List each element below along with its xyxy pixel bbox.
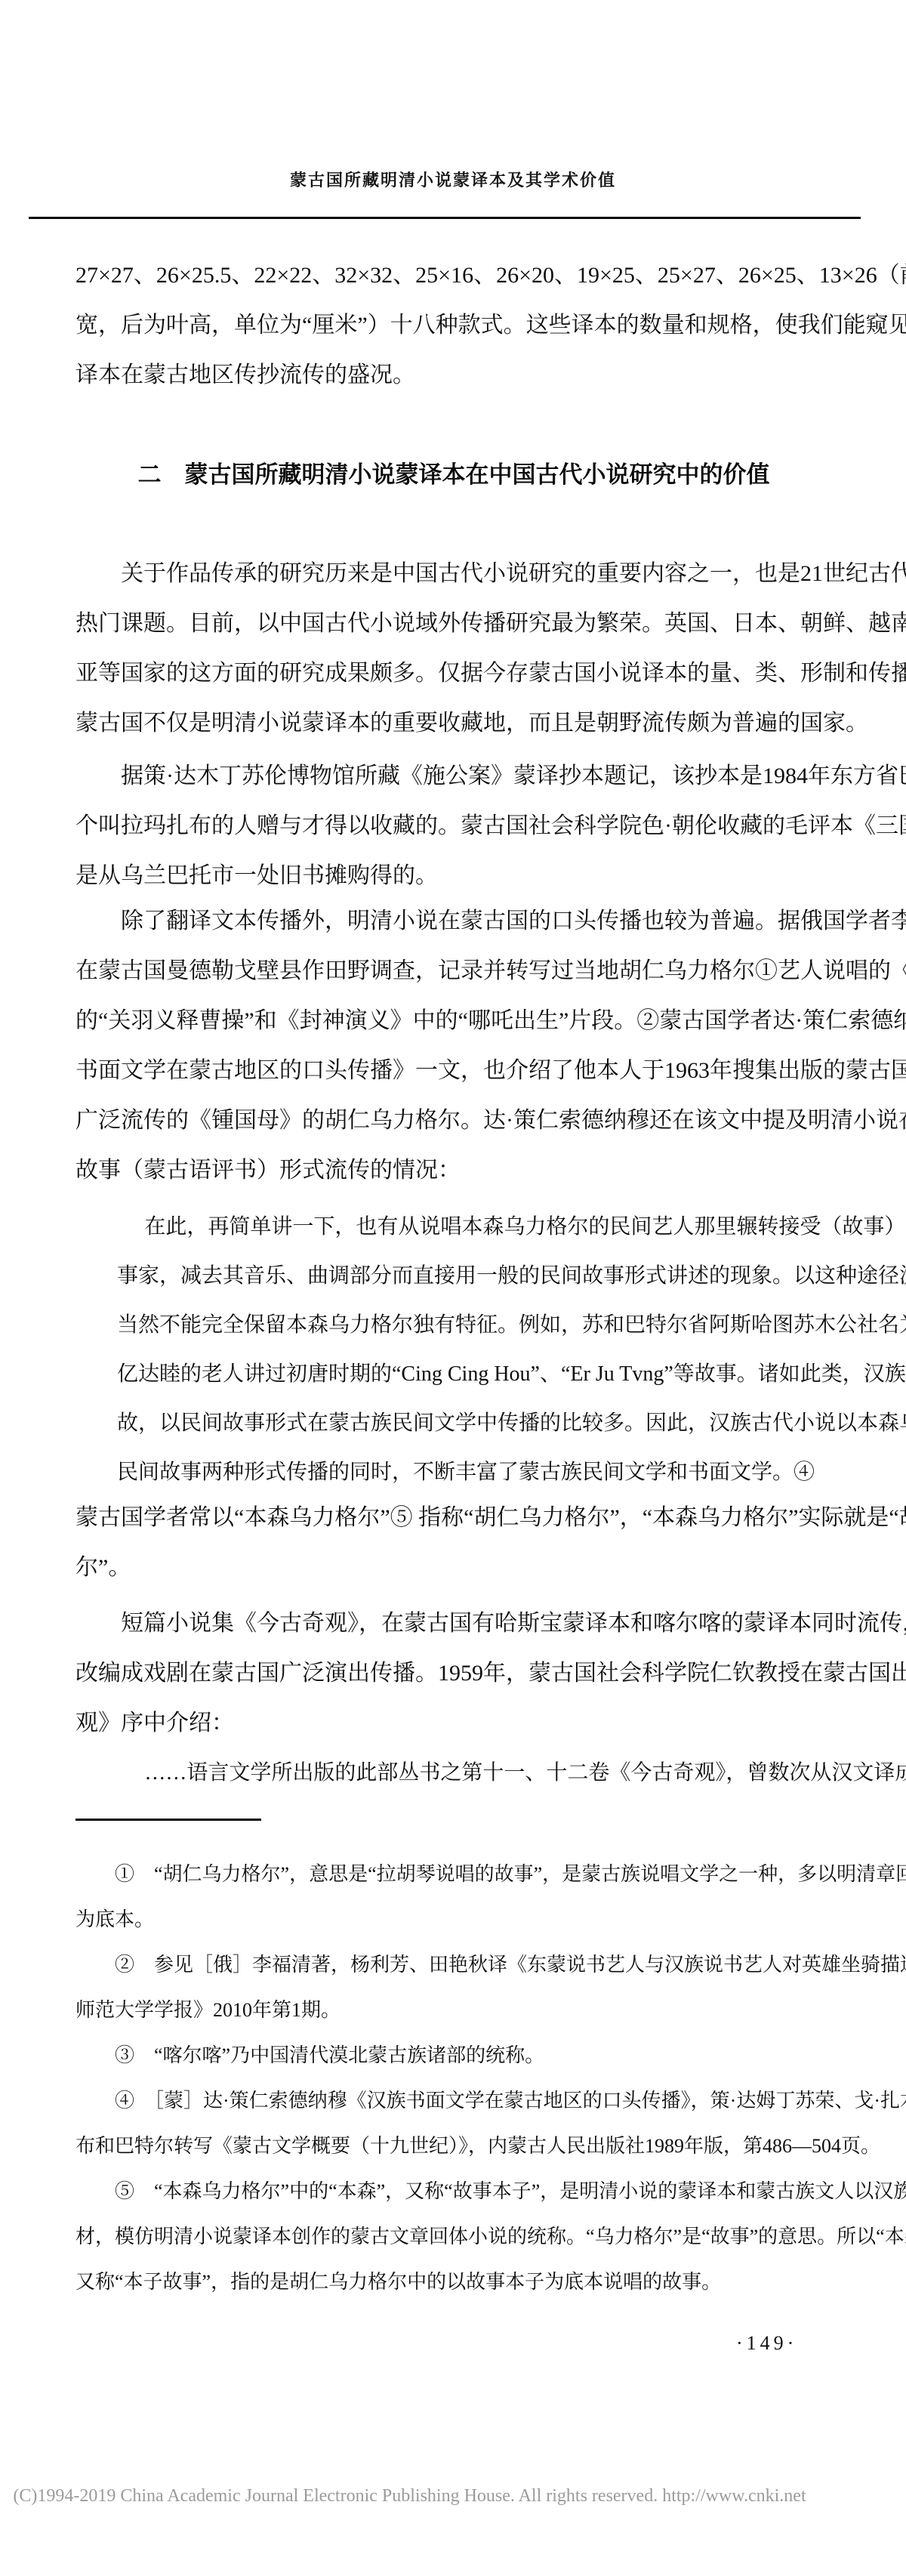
text-line: 蒙古国不仅是明清小说蒙译本的重要收藏地，而且是朝野流传颇为普遍的国家。 — [75, 699, 832, 748]
text-line: 观》序中介绍： — [75, 1698, 832, 1748]
text-line: ③ “喀尔喀”乃中国清代漠北蒙古族诸部的统称。 — [75, 2033, 834, 2078]
text-line: ② 参见［俄］李福清著，杨利芳、田艳秋译《东蒙说书艺人与汉族说书艺人对英雄坐骑描… — [75, 1942, 834, 1988]
text-line: ……语言文学所出版的此部丛书之第十一、十二卷《今古奇观》，曾数次从汉文译成蒙古文… — [117, 1748, 808, 1797]
header-rule — [29, 217, 861, 219]
text-line: ① “胡仁乌力格尔”，意思是“拉胡琴说唱的故事”，是蒙古族说唱文学之一种，多以明… — [75, 1852, 834, 1897]
text-line: 材，模仿明清小说蒙译本创作的蒙古文章回体小说的统称。“乌力格尔”是“故事”的意思… — [75, 2214, 834, 2260]
text-line: 蒙古国学者常以“本森乌力格尔”⑤ 指称“胡仁乌力格尔”，“本森乌力格尔”实际就是… — [75, 1493, 832, 1543]
footnote: ③ “喀尔喀”乃中国清代漠北蒙古族诸部的统称。 — [75, 2033, 834, 2078]
text-line: ④ ［蒙］达·策仁索德纳穆《汉族书面文学在蒙古地区的口头传播》，策·达姆丁苏荣、… — [75, 2078, 834, 2124]
running-head: 蒙古国所藏明清小说蒙译本及其学术价值 — [0, 168, 906, 191]
text-line: 改编成戏剧在蒙古国广泛演出传播。1959年，蒙古国社会科学院仁钦教授在蒙古国出版… — [75, 1649, 832, 1698]
text-line: 书面文学在蒙古地区的口头传播》一文，也介绍了他本人于1963年搜集出版的蒙古国东… — [75, 1046, 832, 1096]
text-line: ⑤ “本森乌力格尔”中的“本森”，又称“故事本子”，是明清小说的蒙译本和蒙古族文… — [75, 2169, 834, 2214]
text-line: 布和巴特尔转写《蒙古文学概要（十九世纪）》，内蒙古人民出版社1989年版，第48… — [75, 2124, 834, 2169]
intro-paragraph: 27×27、26×25.5、22×22、32×32、25×16、26×20、19… — [75, 251, 832, 400]
footnote: ② 参见［俄］李福清著，杨利芳、田艳秋译《东蒙说书艺人与汉族说书艺人对英雄坐骑描… — [75, 1942, 834, 2033]
paragraph: 关于作品传承的研究历来是中国古代小说研究的重要内容之一，也是21世纪古代小说研究… — [75, 549, 832, 748]
text-line: 个叫拉玛扎布的人赠与才得以收藏的。蒙古国社会科学院色·朝伦收藏的毛评本《三国演义… — [75, 801, 832, 851]
text-line: 在蒙古国曼德勒戈壁县作田野调查，记录并转写过当地胡仁乌力格尔①艺人说唱的《三国志… — [75, 946, 832, 996]
text-line: 尔”。 — [75, 1543, 832, 1593]
text-line: 在此，再简单讲一下，也有从说唱本森乌力格尔的民间艺人那里辗转接受（故事）的普通故 — [117, 1202, 808, 1251]
text-line: 译本在蒙古地区传抄流传的盛况。 — [75, 350, 832, 400]
text-line: 事家，减去其音乐、曲调部分而直接用一般的民间故事形式讲述的现象。以这种途径流传的… — [117, 1251, 808, 1300]
text-line: 短篇小说集《今古奇观》，在蒙古国有哈斯宝蒙译本和喀尔喀的蒙译本同时流传，这些译本… — [75, 1599, 832, 1649]
text-line: 故，以民间故事形式在蒙古族民间文学中传播的比较多。因此，汉族古代小说以本森乌力格… — [117, 1399, 808, 1448]
text-line: 当然不能完全保留本森乌力格尔独有特征。例如，苏和巴特尔省阿斯哈图苏木公社名为诺木… — [117, 1300, 808, 1350]
text-line: 除了翻译文本传播外，明清小说在蒙古国的口头传播也较为普遍。据俄国学者李福清介绍，… — [75, 896, 832, 946]
text-line: 亿达睦的老人讲过初唐时期的“Cing Cing Hou”、“Er Ju Tvng… — [117, 1350, 808, 1399]
footnote-separator-rule — [75, 1819, 261, 1821]
footnote: ④ ［蒙］达·策仁索德纳穆《汉族书面文学在蒙古地区的口头传播》，策·达姆丁苏荣、… — [75, 2078, 834, 2169]
block-quote: 在此，再简单讲一下，也有从说唱本森乌力格尔的民间艺人那里辗转接受（故事）的普通故… — [117, 1202, 808, 1497]
text-line: 故事（蒙古语评书）形式流传的情况： — [75, 1146, 832, 1195]
text-line: 又称“本子故事”，指的是胡仁乌力格尔中的以故事本子为底本说唱的故事。 — [75, 2260, 834, 2305]
text-line: 广泛流传的《锺国母》的胡仁乌力格尔。达·策仁索德纳穆还在该文中提及明清小说在蒙古… — [75, 1096, 832, 1146]
text-line: 民间故事两种形式传播的同时，不断丰富了蒙古族民间文学和书面文学。④ — [117, 1448, 808, 1497]
page-number: ·149· — [736, 2332, 797, 2355]
text-line: 亚等国家的这方面的研究成果颇多。仅据今存蒙古国小说译本的量、类、形制和传播途径就… — [75, 649, 832, 699]
paragraph: 据策·达木丁苏伦博物馆所藏《施公案》蒙译抄本题记，该抄本是1984年东方省巴音乌… — [75, 751, 832, 901]
paragraph: 短篇小说集《今古奇观》，在蒙古国有哈斯宝蒙译本和喀尔喀的蒙译本同时流传，这些译本… — [75, 1599, 832, 1748]
block-quote: ……语言文学所出版的此部丛书之第十一、十二卷《今古奇观》，曾数次从汉文译成蒙古文… — [117, 1748, 808, 1797]
text-line: 关于作品传承的研究历来是中国古代小说研究的重要内容之一，也是21世纪古代小说研究… — [75, 549, 832, 599]
footnote: ① “胡仁乌力格尔”，意思是“拉胡琴说唱的故事”，是蒙古族说唱文学之一种，多以明… — [75, 1852, 834, 1942]
footnotes-section: ① “胡仁乌力格尔”，意思是“拉胡琴说唱的故事”，是蒙古族说唱文学之一种，多以明… — [75, 1852, 834, 2305]
text-line: 宽，后为叶高，单位为“厘米”）十八种款式。这些译本的数量和规格，使我们能窥见当时… — [75, 301, 832, 350]
publisher-watermark: (C)1994-2019 China Academic Journal Elec… — [0, 2486, 819, 2507]
text-line: 热门课题。目前，以中国古代小说域外传播研究最为繁荣。英国、日本、朝鲜、越南、泰国… — [75, 599, 832, 649]
text-line: 的“关羽义释曹操”和《封神演义》中的“哪吒出生”片段。②蒙古国学者达·策仁索德纳… — [75, 996, 832, 1046]
section-heading: 二 蒙古国所藏明清小说蒙译本在中国古代小说研究中的价值 — [75, 452, 832, 498]
paragraph: 除了翻译文本传播外，明清小说在蒙古国的口头传播也较为普遍。据俄国学者李福清介绍，… — [75, 896, 832, 1195]
footnote: ⑤ “本森乌力格尔”中的“本森”，又称“故事本子”，是明清小说的蒙译本和蒙古族文… — [75, 2169, 834, 2305]
text-line: 师范大学学报》2010年第1期。 — [75, 1988, 834, 2033]
text-line: 为底本。 — [75, 1897, 834, 1942]
text-line: 27×27、26×25.5、22×22、32×32、25×16、26×20、19… — [75, 251, 832, 301]
text-line: 是从乌兰巴托市一处旧书摊购得的。 — [75, 851, 832, 901]
journal-page: 蒙古国所藏明清小说蒙译本及其学术价值 27×27、26×25.5、22×22、3… — [0, 0, 906, 2576]
text-line: 据策·达木丁苏伦博物馆所藏《施公案》蒙译抄本题记，该抄本是1984年东方省巴音乌… — [75, 751, 832, 801]
paragraph: 蒙古国学者常以“本森乌力格尔”⑤ 指称“胡仁乌力格尔”，“本森乌力格尔”实际就是… — [75, 1493, 832, 1593]
